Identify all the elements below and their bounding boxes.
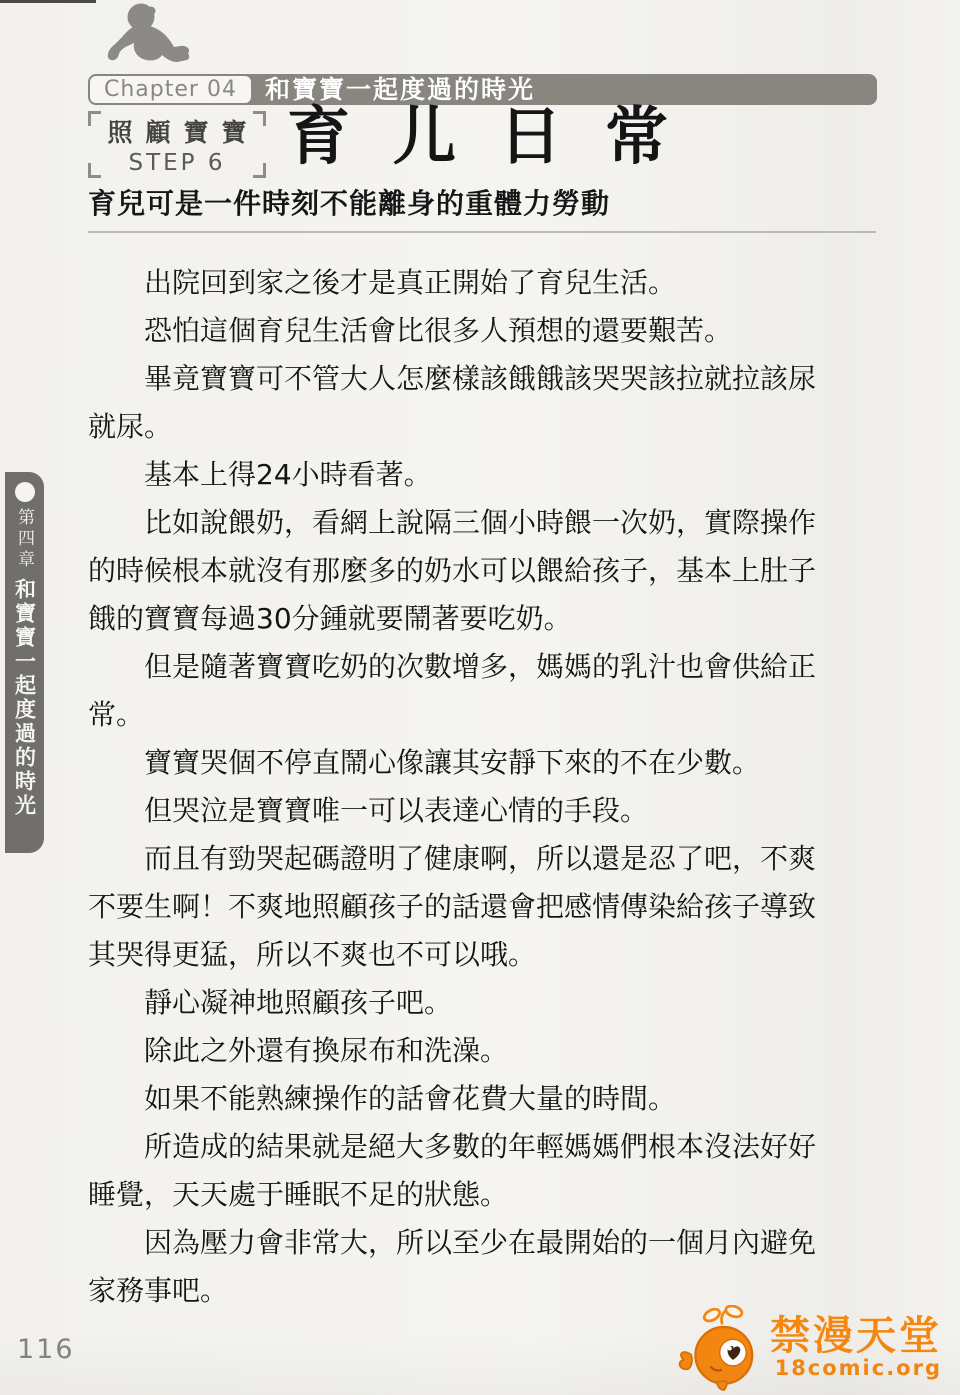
chapter-number-label: Chapter 04	[104, 77, 237, 102]
side-tab-chapter-title: 和寶寶一起度過的時光	[10, 578, 40, 818]
step-number: STEP 6	[129, 150, 226, 176]
paragraph: 除此之外還有換尿布和洗澡。	[88, 1027, 832, 1075]
chapter-number-badge: Chapter 04	[90, 76, 251, 103]
paragraph: 恐怕這個育兒生活會比很多人預想的還要艱苦。	[88, 307, 832, 355]
paragraph: 但哭泣是寶寶唯一可以表達心情的手段。	[88, 787, 832, 835]
orange-whale-mascot-icon	[676, 1305, 768, 1391]
crawling-baby-icon	[99, 2, 195, 66]
paragraph: 所造成的結果就是絕大多數的年輕媽媽們根本沒法好好睡覺，天天處于睡眠不足的狀態。	[88, 1123, 832, 1219]
step-badge: 照顧寶寶 STEP 6	[88, 111, 266, 178]
watermark-site-url: 18comic.org	[775, 1357, 942, 1380]
watermark-site-name: 禁漫天堂	[770, 1316, 942, 1356]
paragraph: 出院回到家之後才是真正開始了育兒生活。	[88, 259, 832, 307]
bracket-corner-icon	[253, 163, 266, 178]
paragraph: 比如說餵奶，看網上說隔三個小時餵一次奶，實際操作的時候根本就沒有那麼多的奶水可以…	[88, 499, 832, 643]
bracket-corner-icon	[88, 111, 101, 126]
paragraph: 因為壓力會非常大，所以至少在最開始的一個月內避免家務事吧。	[88, 1219, 832, 1315]
divider-rule	[88, 231, 876, 233]
paragraph: 畢竟寶寶可不管大人怎麼樣該餓餓該哭哭該拉就拉該尿就尿。	[88, 355, 832, 451]
paragraph: 寶寶哭個不停直鬧心像讓其安靜下來的不在少數。	[88, 739, 832, 787]
paragraph: 如果不能熟練操作的話會花費大量的時間。	[88, 1075, 832, 1123]
paragraph: 而且有勁哭起碼證明了健康啊，所以還是忍了吧，不爽不要生啊！不爽地照顧孩子的話還會…	[88, 835, 832, 979]
paragraph: 但是隨著寶寶吃奶的次數增多，媽媽的乳汁也會供給正常。	[88, 643, 832, 739]
circle-bullet-icon	[15, 482, 35, 502]
page-subtitle: 育兒可是一件時刻不能離身的重體力勞動	[88, 182, 610, 222]
side-tab-chapter-number: 第四章	[12, 508, 37, 571]
body-paragraphs: 出院回到家之後才是真正開始了育兒生活。恐怕這個育兒生活會比很多人預想的還要艱苦。…	[88, 259, 832, 1315]
paragraph: 基本上得24小時看著。	[88, 451, 832, 499]
chapter-side-tab: 第四章 和寶寶一起度過的時光	[5, 472, 44, 853]
page-title: 育儿日常	[287, 99, 711, 175]
page-number: 116	[17, 1334, 75, 1365]
step-caption: 照顧寶寶	[107, 113, 259, 149]
watermark: 禁漫天堂 18comic.org	[676, 1304, 944, 1392]
book-page: Chapter 04 和寶寶一起度過的時光 照顧寶寶 STEP 6 育儿日常 育…	[0, 0, 960, 1395]
paragraph: 靜心凝神地照顧孩子吧。	[88, 979, 832, 1027]
bracket-corner-icon	[88, 163, 101, 178]
bracket-corner-icon	[253, 111, 266, 126]
scan-artifact	[0, 0, 96, 3]
